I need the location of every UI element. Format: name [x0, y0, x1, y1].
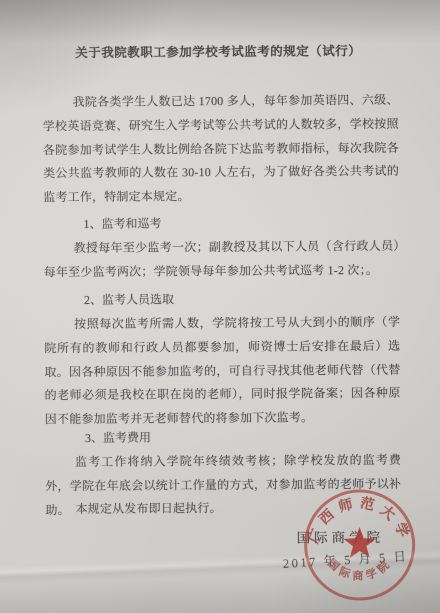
star-icon [343, 527, 376, 558]
section-1-heading: 1、监考和巡考 [43, 210, 439, 237]
seal-bottom-arc-text: 国际商学院 [325, 555, 395, 582]
section-3-heading: 3、监考费用 [45, 424, 440, 451]
intro-paragraph: 我院各类学生人数已达 1700 多人，每年参加英语四、六级、学校英语竞赛、研究生… [42, 89, 399, 210]
seal-bottom-arc-textpath: 国际商学院 [325, 555, 395, 582]
document-page: 关于我院教职工参加学校考试监考的规定（试行） 我院各类学生人数已达 1700 多… [0, 0, 440, 613]
section-1-body: 教授每年至少监考一次；副教授及其以下人员（含行政人员）每年至少监考两次；学院领导… [44, 235, 400, 285]
section-2-heading: 2、监考人员选取 [44, 286, 440, 313]
official-seal: 广西师范大学 国际商学院 [300, 486, 419, 605]
document-content: 关于我院教职工参加学校考试监考的规定（试行） 我院各类学生人数已达 1700 多… [0, 0, 440, 613]
document-title: 关于我院教职工参加学校考试监考的规定（试行） [0, 40, 438, 61]
section-2-body: 按照每次监考所需人数，学院将按工号从大到小的顺序（学院所有的教师和行政人员都要参… [44, 311, 401, 432]
